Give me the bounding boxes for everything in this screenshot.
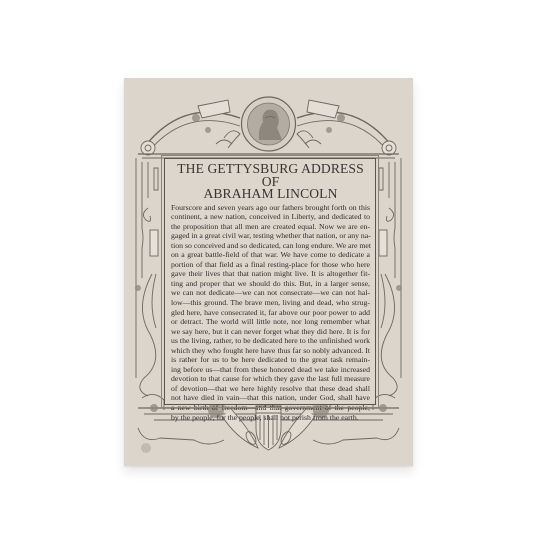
address-line: tion so conceived and so dedicated, can …: [171, 241, 370, 251]
address-line: portion of that field as a final resting…: [171, 260, 370, 270]
address-body: Fourscore and seven years ago our father…: [171, 203, 370, 423]
address-line: by the people, for the people, shall not…: [171, 413, 370, 423]
address-text-panel: THE GETTYSBURG ADDRESS OF ABRAHAM LINCOL…: [164, 158, 376, 405]
address-line: not have died in vain—that this nation, …: [171, 393, 370, 403]
address-line: gled here, have consecrated it, far abov…: [171, 308, 370, 318]
address-line: gaged in a great civil war, testing whet…: [171, 231, 370, 241]
address-line: is rather for us to be here dedicated to…: [171, 355, 370, 365]
title-line-2: ABRAHAM LINCOLN: [171, 188, 370, 201]
address-line: continent, a new nation, conceived in Li…: [171, 212, 370, 222]
address-line: we say here, but it can never forget wha…: [171, 327, 370, 337]
address-line: on a great battle-field of that war. We …: [171, 250, 370, 260]
artwork-title: THE GETTYSBURG ADDRESS OF ABRAHAM LINCOL…: [171, 163, 370, 201]
address-line: gave their lives that that nation might …: [171, 269, 370, 279]
address-line: a new birth of freedom—and that governme…: [171, 403, 370, 413]
title-line-1: THE GETTYSBURG ADDRESS OF: [171, 163, 370, 188]
address-line: the proposition that all men are created…: [171, 222, 370, 232]
lincoln-portrait-medallion: [242, 97, 296, 151]
address-line: devotion to that cause for which they ga…: [171, 374, 370, 384]
address-line: or detract. The world will little note, …: [171, 317, 370, 327]
address-line: ting and proper that we should do this. …: [171, 279, 370, 289]
address-line: of devotion—that we here highly resolve …: [171, 384, 370, 394]
gettysburg-address-print: THE GETTYSBURG ADDRESS OF ABRAHAM LINCOL…: [124, 78, 413, 466]
address-line: us the living, rather, to be dedicated h…: [171, 336, 370, 346]
address-line: low—this ground. The brave men, living a…: [171, 298, 370, 308]
address-line: Fourscore and seven years ago our father…: [171, 203, 370, 213]
address-line: which they who fought here have thus far…: [171, 346, 370, 356]
address-line: ing before us—that from these honored de…: [171, 365, 370, 375]
address-line: we can not dedicate—we can not consecrat…: [171, 288, 370, 298]
